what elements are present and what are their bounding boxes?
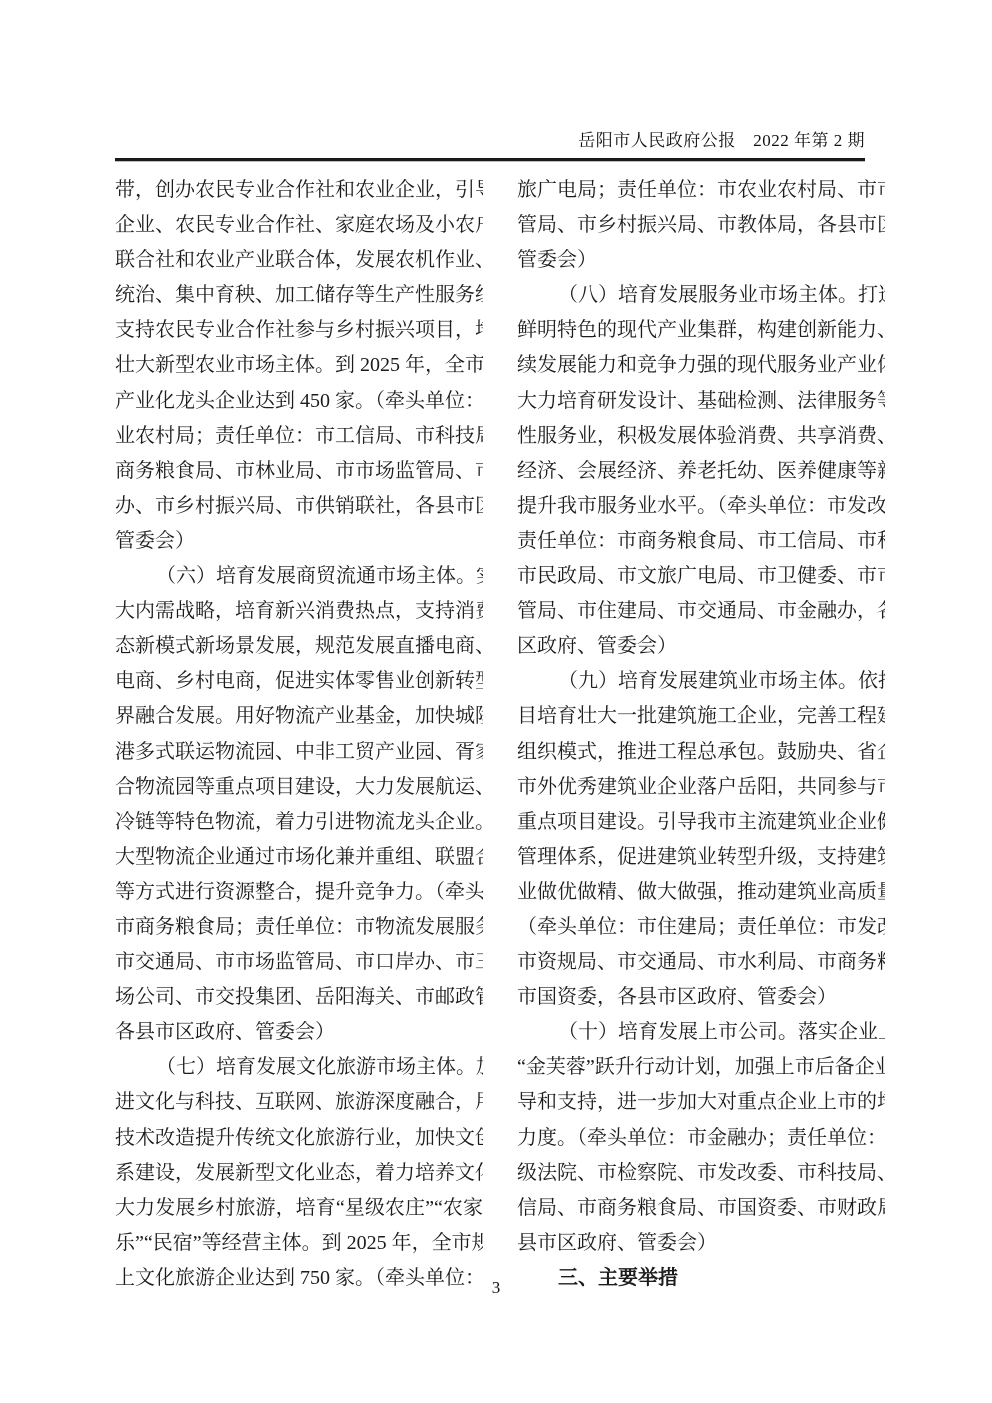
text-line: 大力发展乡村旅游，培育“星级农庄”“农家 [115,1191,483,1226]
text-line: 级法院、市检察院、市发改委、市科技局、市工 [517,1156,885,1191]
text-line: 续发展能力和竞争力强的现代服务业产业体系， [517,348,885,383]
text-line: 业做优做精、做大做强，推动建筑业高质量发展。 [517,875,885,910]
text-line: 责任单位：市商务粮食局、市工信局、市科技局、 [517,524,885,559]
text-line: 壮大新型农业市场主体。到 2025 年，全市农业 [115,348,483,383]
right-column: 旅广电局；责任单位：市农业农村局、市市场监管局、市乡村振兴局、市教体局，各县市区… [517,173,885,1296]
text-line: 港多式联运物流园、中非工贸产业园、胥家桥综 [115,735,483,770]
header-title: 岳阳市人民政府公报 2022 年第 2 期 [578,131,865,150]
text-line: 电商、乡村电商，促进实体零售业创新转型、跨 [115,664,483,699]
text-line: 系建设，发展新型文化业态，着力培养文化企业。 [115,1156,483,1191]
text-line: 管理体系，促进建筑业转型升级，支持建筑业企 [517,840,885,875]
page-number: 3 [0,1278,992,1298]
text-line: 市民政局、市文旅广电局、市卫健委、市市场监 [517,559,885,594]
text-line: 联合社和农业产业联合体，发展农机作业、统防 [115,243,483,278]
text-line: 商务粮食局、市林业局、市市场监管局、市金融 [115,454,483,489]
text-line: 企业、农民专业合作社、家庭农场及小农户组建 [115,208,483,243]
text-line: 产业化龙头企业达到 450 家。（牵头单位：市农 [115,384,483,419]
text-line: 目培育壮大一批建筑施工企业，完善工程建设 [517,699,885,734]
gazette-page: 岳阳市人民政府公报 2022 年第 2 期 带，创办农民专业合作社和农业企业，引… [0,0,992,1403]
text-line: 支持农民专业合作社参与乡村振兴项目，培育 [115,313,483,348]
text-line: 统治、集中育秧、加工储存等生产性服务组织， [115,278,483,313]
text-line: 办、市乡村振兴局、市供销联社，各县市区政府、 [115,489,483,524]
text-line: 乐”“民宿”等经营主体。到 2025 年，全市规模以 [115,1226,483,1261]
text-line: 信局、市商务粮食局、市国资委、市财政局，各 [517,1191,885,1226]
text-line: 场公司、市交投集团、岳阳海关、市邮政管理局， [115,980,483,1015]
left-column: 带，创办农民专业合作社和农业企业，引导龙头企业、农民专业合作社、家庭农场及小农户… [115,173,483,1296]
text-line: 市国资委，各县市区政府、管委会） [517,980,885,1015]
text-line: 冷链等特色物流，着力引进物流龙头企业。鼓励 [115,805,483,840]
text-line: 态新模式新场景发展，规范发展直播电商、社区 [115,629,483,664]
text-line: 大内需战略，培育新兴消费热点，支持消费新业 [115,594,483,629]
text-line: 导和支持，进一步加大对重点企业上市的培育 [517,1085,885,1120]
text-line: （九）培育发展建筑业市场主体。依托大项 [517,664,885,699]
text-line: （六）培育发展商贸流通市场主体。实施扩 [115,559,483,594]
text-line: 大型物流企业通过市场化兼并重组、联盟合作 [115,840,483,875]
header-rule [115,158,865,162]
text-line: 鲜明特色的现代产业集群，构建创新能力、可持 [517,313,885,348]
page-header: 岳阳市人民政府公报 2022 年第 2 期 [115,0,865,151]
text-line: 性服务业，积极发展体验消费、共享消费、夜间 [517,419,885,454]
text-line: （十）培育发展上市公司。落实企业上市 [517,1015,885,1050]
text-line: 力度。（牵头单位：市金融办；责任单位：市中 [517,1121,885,1156]
text-line: 市商务粮食局；责任单位：市物流发展服务中心、 [115,910,483,945]
text-line: 提升我市服务业水平。（牵头单位：市发改委； [517,489,885,524]
text-line: 界融合发展。用好物流产业基金，加快城陵矶新 [115,699,483,734]
text-line: 业农村局；责任单位：市工信局、市科技局、市 [115,419,483,454]
text-line: 各县市区政府、管委会） [115,1015,483,1050]
text-line: 经济、会展经济、养老托幼、医养健康等新热点， [517,454,885,489]
text-line: 旅广电局；责任单位：市农业农村局、市市场监 [517,173,885,208]
text-line: “金芙蓉”跃升行动计划，加强上市后备企业辅 [517,1050,885,1085]
text-line: 管局、市住建局、市交通局、市金融办，各县市 [517,594,885,629]
page-content: 岳阳市人民政府公报 2022 年第 2 期 带，创办农民专业合作社和农业企业，引… [115,0,885,1296]
text-line: 县市区政府、管委会） [517,1226,885,1261]
text-line: 管局、市乡村振兴局、市教体局，各县市区政府、 [517,208,885,243]
text-line: 市资规局、市交通局、市水利局、市商务粮食局、 [517,945,885,980]
text-line: 组织模式，推进工程总承包。鼓励央、省企业和 [517,735,885,770]
text-line: 进文化与科技、互联网、旅游深度融合，用新兴 [115,1085,483,1120]
text-line: （七）培育发展文化旅游市场主体。加快推 [115,1050,483,1085]
text-line: （八）培育发展服务业市场主体。打造具有 [517,278,885,313]
text-columns: 带，创办农民专业合作社和农业企业，引导龙头企业、农民专业合作社、家庭农场及小农户… [115,173,885,1296]
text-line: 市外优秀建筑业企业落户岳阳，共同参与市内 [517,770,885,805]
text-line: 管委会） [115,524,483,559]
text-line: 等方式进行资源整合，提升竞争力。（牵头单位： [115,875,483,910]
text-line: 区政府、管委会） [517,629,885,664]
text-line: 大力培育研发设计、基础检测、法律服务等生产 [517,384,885,419]
text-line: 技术改造提升传统文化旅游行业，加快文创体 [115,1121,483,1156]
text-line: 管委会） [517,243,885,278]
text-line: （牵头单位：市住建局；责任单位：市发改委、 [517,910,885,945]
text-line: 市交通局、市市场监管局、市口岸办、市三荷机 [115,945,483,980]
text-line: 合物流园等重点项目建设，大力发展航运、保税、 [115,770,483,805]
text-line: 重点项目建设。引导我市主流建筑业企业健全 [517,805,885,840]
text-line: 带，创办农民专业合作社和农业企业，引导龙头 [115,173,483,208]
